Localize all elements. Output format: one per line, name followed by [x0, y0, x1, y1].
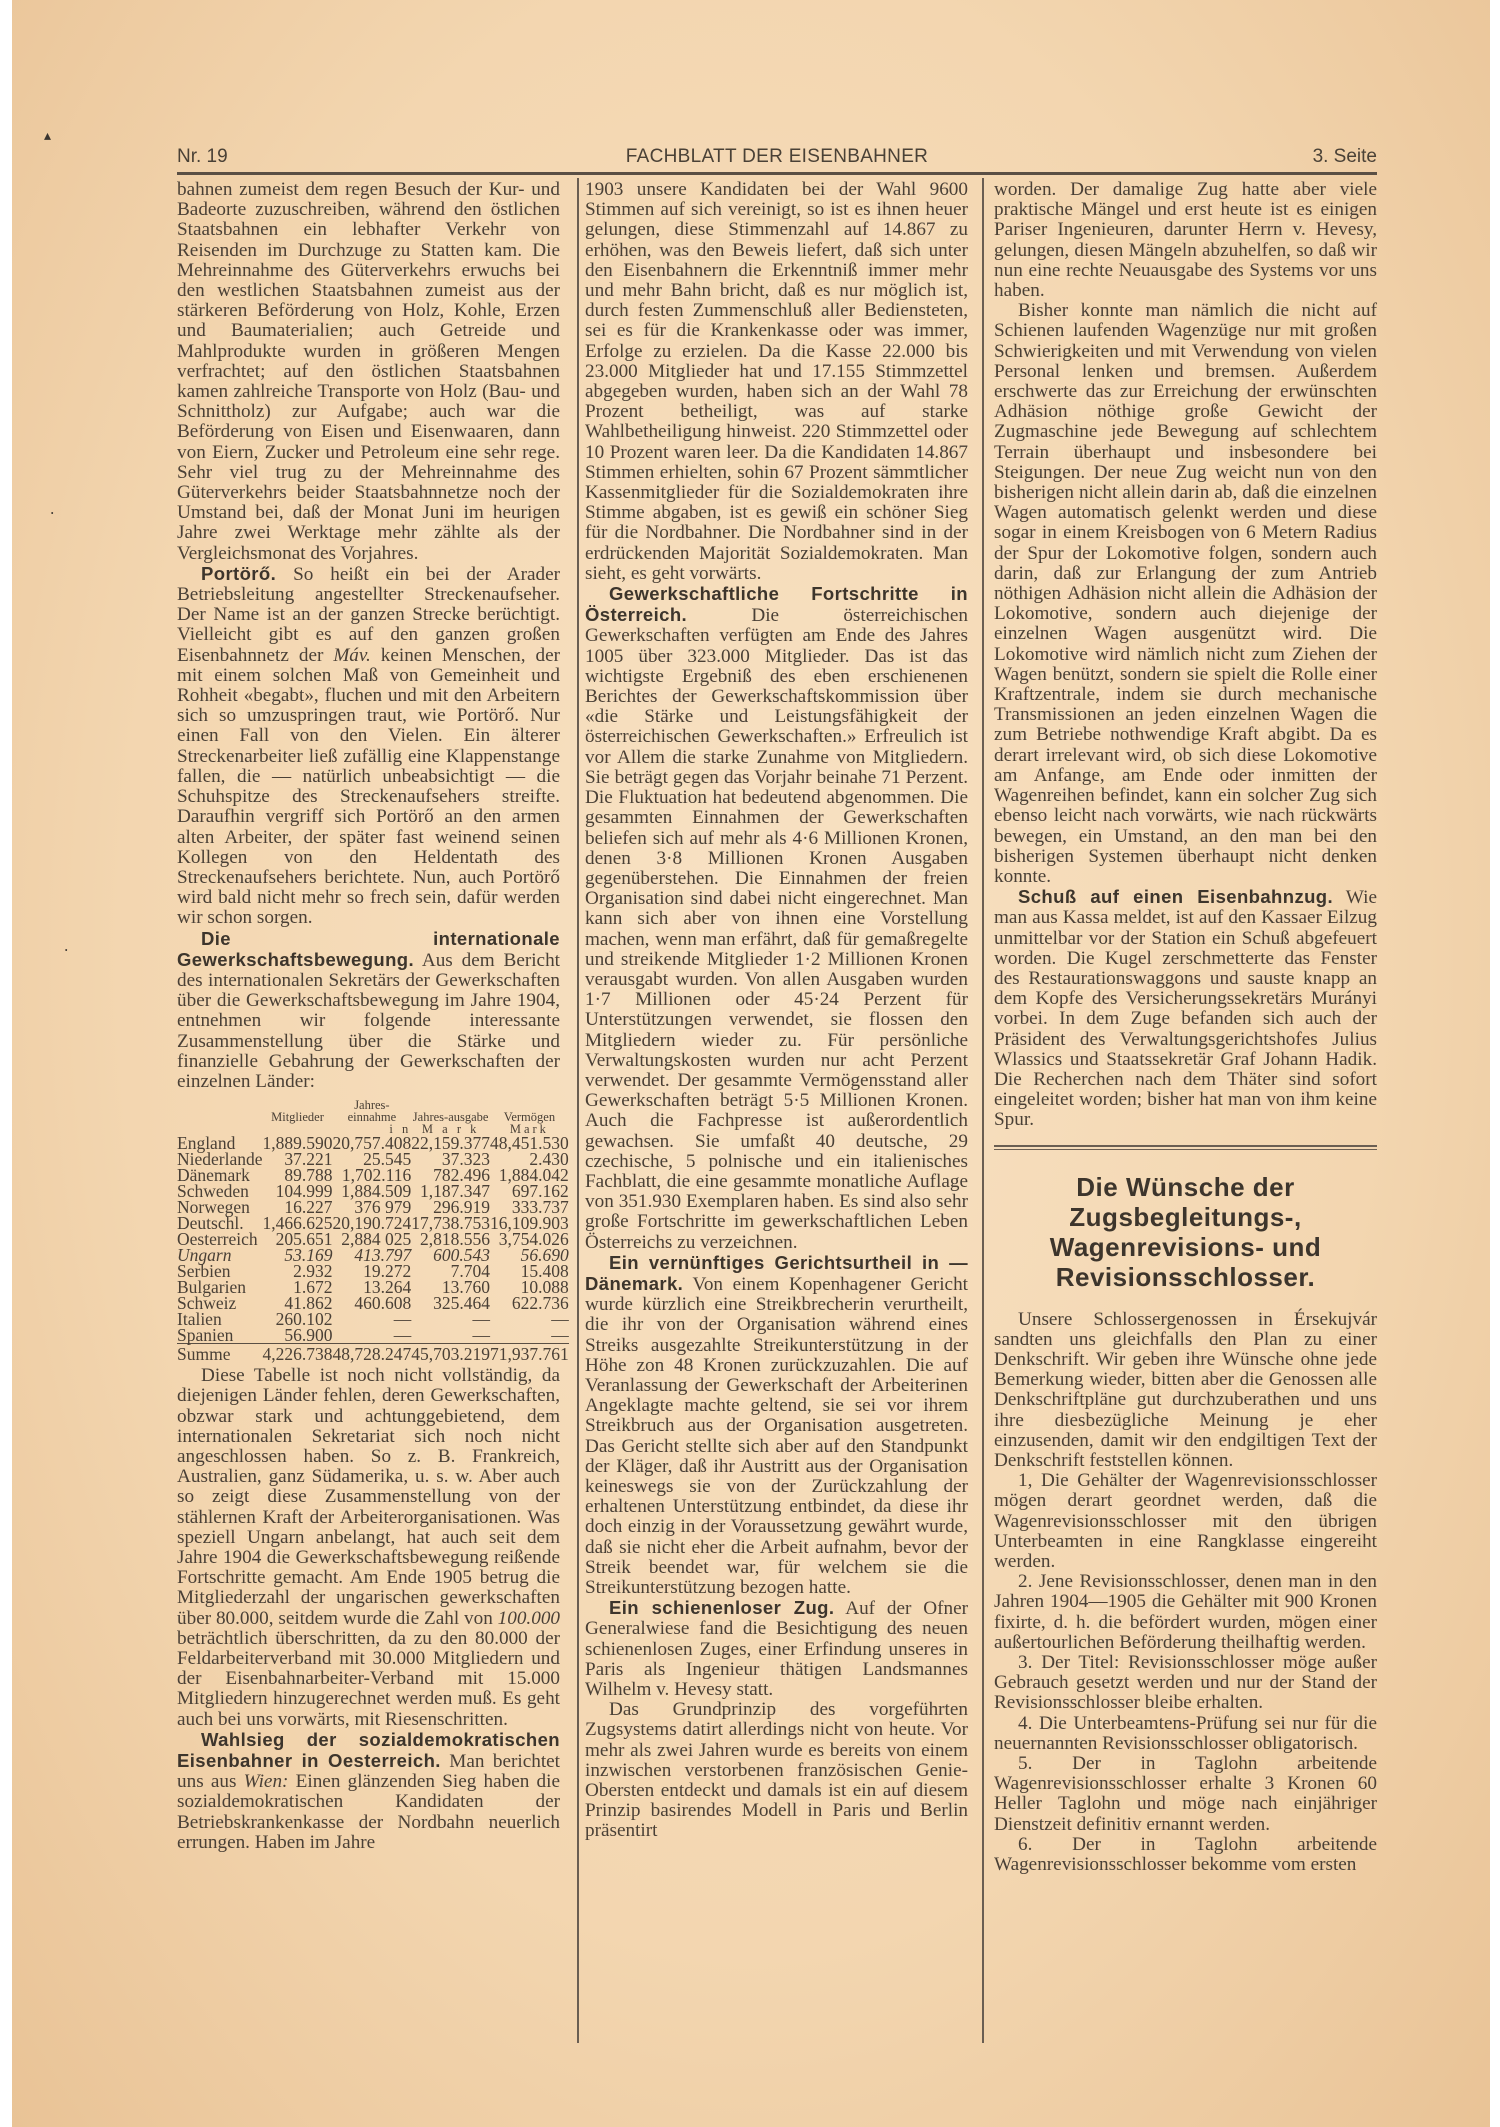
emphasis: Máv.: [333, 645, 370, 666]
column-3: worden. Der damalige Zug hatte aber viel…: [994, 180, 1377, 1875]
column-header: Mitglieder: [263, 1098, 333, 1124]
list-item: 6. Der in Taglohn arbeitende Wagenrevisi…: [994, 1835, 1377, 1875]
paper-speck: ᛫: [62, 945, 70, 961]
paragraph: bahnen zumeist dem regen Besuch der Kur-…: [177, 180, 560, 564]
list-item: 3. Der Titel: Revisionsschlosser möge au…: [994, 1653, 1377, 1714]
newspaper-page: Nr. 19 FACHBLATT DER EISENBAHNER 3. Seit…: [12, 0, 1490, 2127]
list-item: 5. Der in Taglohn arbeitende Wagenrevisi…: [994, 1754, 1377, 1835]
paragraph: Diese Tabelle ist noch nicht vollständig…: [177, 1366, 560, 1730]
union-statistics-table: Mitglieder Jahres-einnahme Jahres-ausgab…: [177, 1098, 569, 1362]
paper-speck: ▴: [44, 128, 51, 145]
table-sum-row: Summe 4,226.738 48,728.247 45,703.219 71…: [177, 1344, 569, 1363]
article-portoro: Portörő. So heißt ein bei der Arader Bet…: [177, 564, 560, 929]
emphasis: Wien:: [244, 1771, 289, 1792]
list-item: 4. Die Unterbeamtens-Prüfung sei nur für…: [994, 1714, 1377, 1754]
column-divider: [982, 178, 984, 2043]
table-row: Italien260.102———: [177, 1311, 569, 1327]
column-header: Vermögen: [490, 1098, 569, 1124]
article-gewerkschaftsbewegung: Die internationale Gewerkschaftsbewegung…: [177, 929, 560, 1093]
page-header: Nr. 19 FACHBLATT DER EISENBAHNER 3. Seit…: [177, 146, 1377, 174]
list-item: 2. Jene Revisionsschlosser, denen man in…: [994, 1572, 1377, 1653]
paragraph: Unsere Schlossergenossen in Érsekujvár s…: [994, 1310, 1377, 1472]
column-header: Jahres-einnahme: [333, 1098, 412, 1124]
paragraph: 1903 unsere Kandidaten bei der Wahl 9600…: [585, 180, 968, 584]
article-heading: Ein schienenloser Zug.: [609, 1597, 834, 1618]
table-row: Spanien56.900———: [177, 1327, 569, 1344]
table-row: Schweiz41.862460.608325.464622.736: [177, 1295, 569, 1311]
table-cell-assets: —: [490, 1327, 569, 1344]
section-title: Die Wünsche der Zugsbegleitungs-, Wagenr…: [994, 1172, 1377, 1292]
article-gerichtsurtheil: Ein vernünftiges Gerichtsurtheil in — Dä…: [585, 1253, 968, 1598]
paragraph: worden. Der damalige Zug hatte aber viel…: [994, 180, 1377, 301]
column-divider: [577, 178, 579, 2043]
table-cell-country: Spanien: [177, 1327, 263, 1344]
list-item: 1, Die Gehälter der Wagenrevisionsschlos…: [994, 1471, 1377, 1572]
page-number: 3. Seite: [1313, 146, 1377, 168]
column-1: bahnen zumeist dem regen Besuch der Kur-…: [177, 180, 560, 1853]
article-heading: Portörő.: [201, 563, 276, 584]
article-schuss: Schuß auf einen Eisenbahnzug. Wie man au…: [994, 887, 1377, 1130]
section-divider: [994, 1145, 1377, 1150]
table-cell-members: 56.900: [263, 1327, 333, 1344]
article-wahlsieg: Wahlsieg der sozialdemokratischen Eisenb…: [177, 1730, 560, 1853]
header-rule: [177, 172, 1377, 175]
article-heading: Schuß auf einen Eisenbahnzug.: [1018, 886, 1333, 907]
paragraph: Das Grundprinzip des vorgeführten Zugsys…: [585, 1700, 968, 1841]
paragraph: Bisher konnte man nämlich die nicht auf …: [994, 301, 1377, 887]
publication-title: FACHBLATT DER EISENBAHNER: [177, 146, 1377, 168]
table-header-row: Mitglieder Jahres-einnahme Jahres-ausgab…: [177, 1098, 569, 1124]
emphasis: 100.000: [498, 1608, 560, 1629]
article-fortschritte: Gewerkschaftliche Fortschritte in Österr…: [585, 584, 968, 1253]
table-cell-expenses: —: [411, 1327, 490, 1344]
table-cell-income: —: [333, 1327, 412, 1344]
article-schienenloser-zug: Ein schienenloser Zug. Auf der Ofner Gen…: [585, 1598, 968, 1700]
paper-speck: ᛫: [48, 508, 56, 524]
column-2: 1903 unsere Kandidaten bei der Wahl 9600…: [585, 180, 968, 1842]
column-header: Jahres-ausgabe: [411, 1098, 490, 1124]
